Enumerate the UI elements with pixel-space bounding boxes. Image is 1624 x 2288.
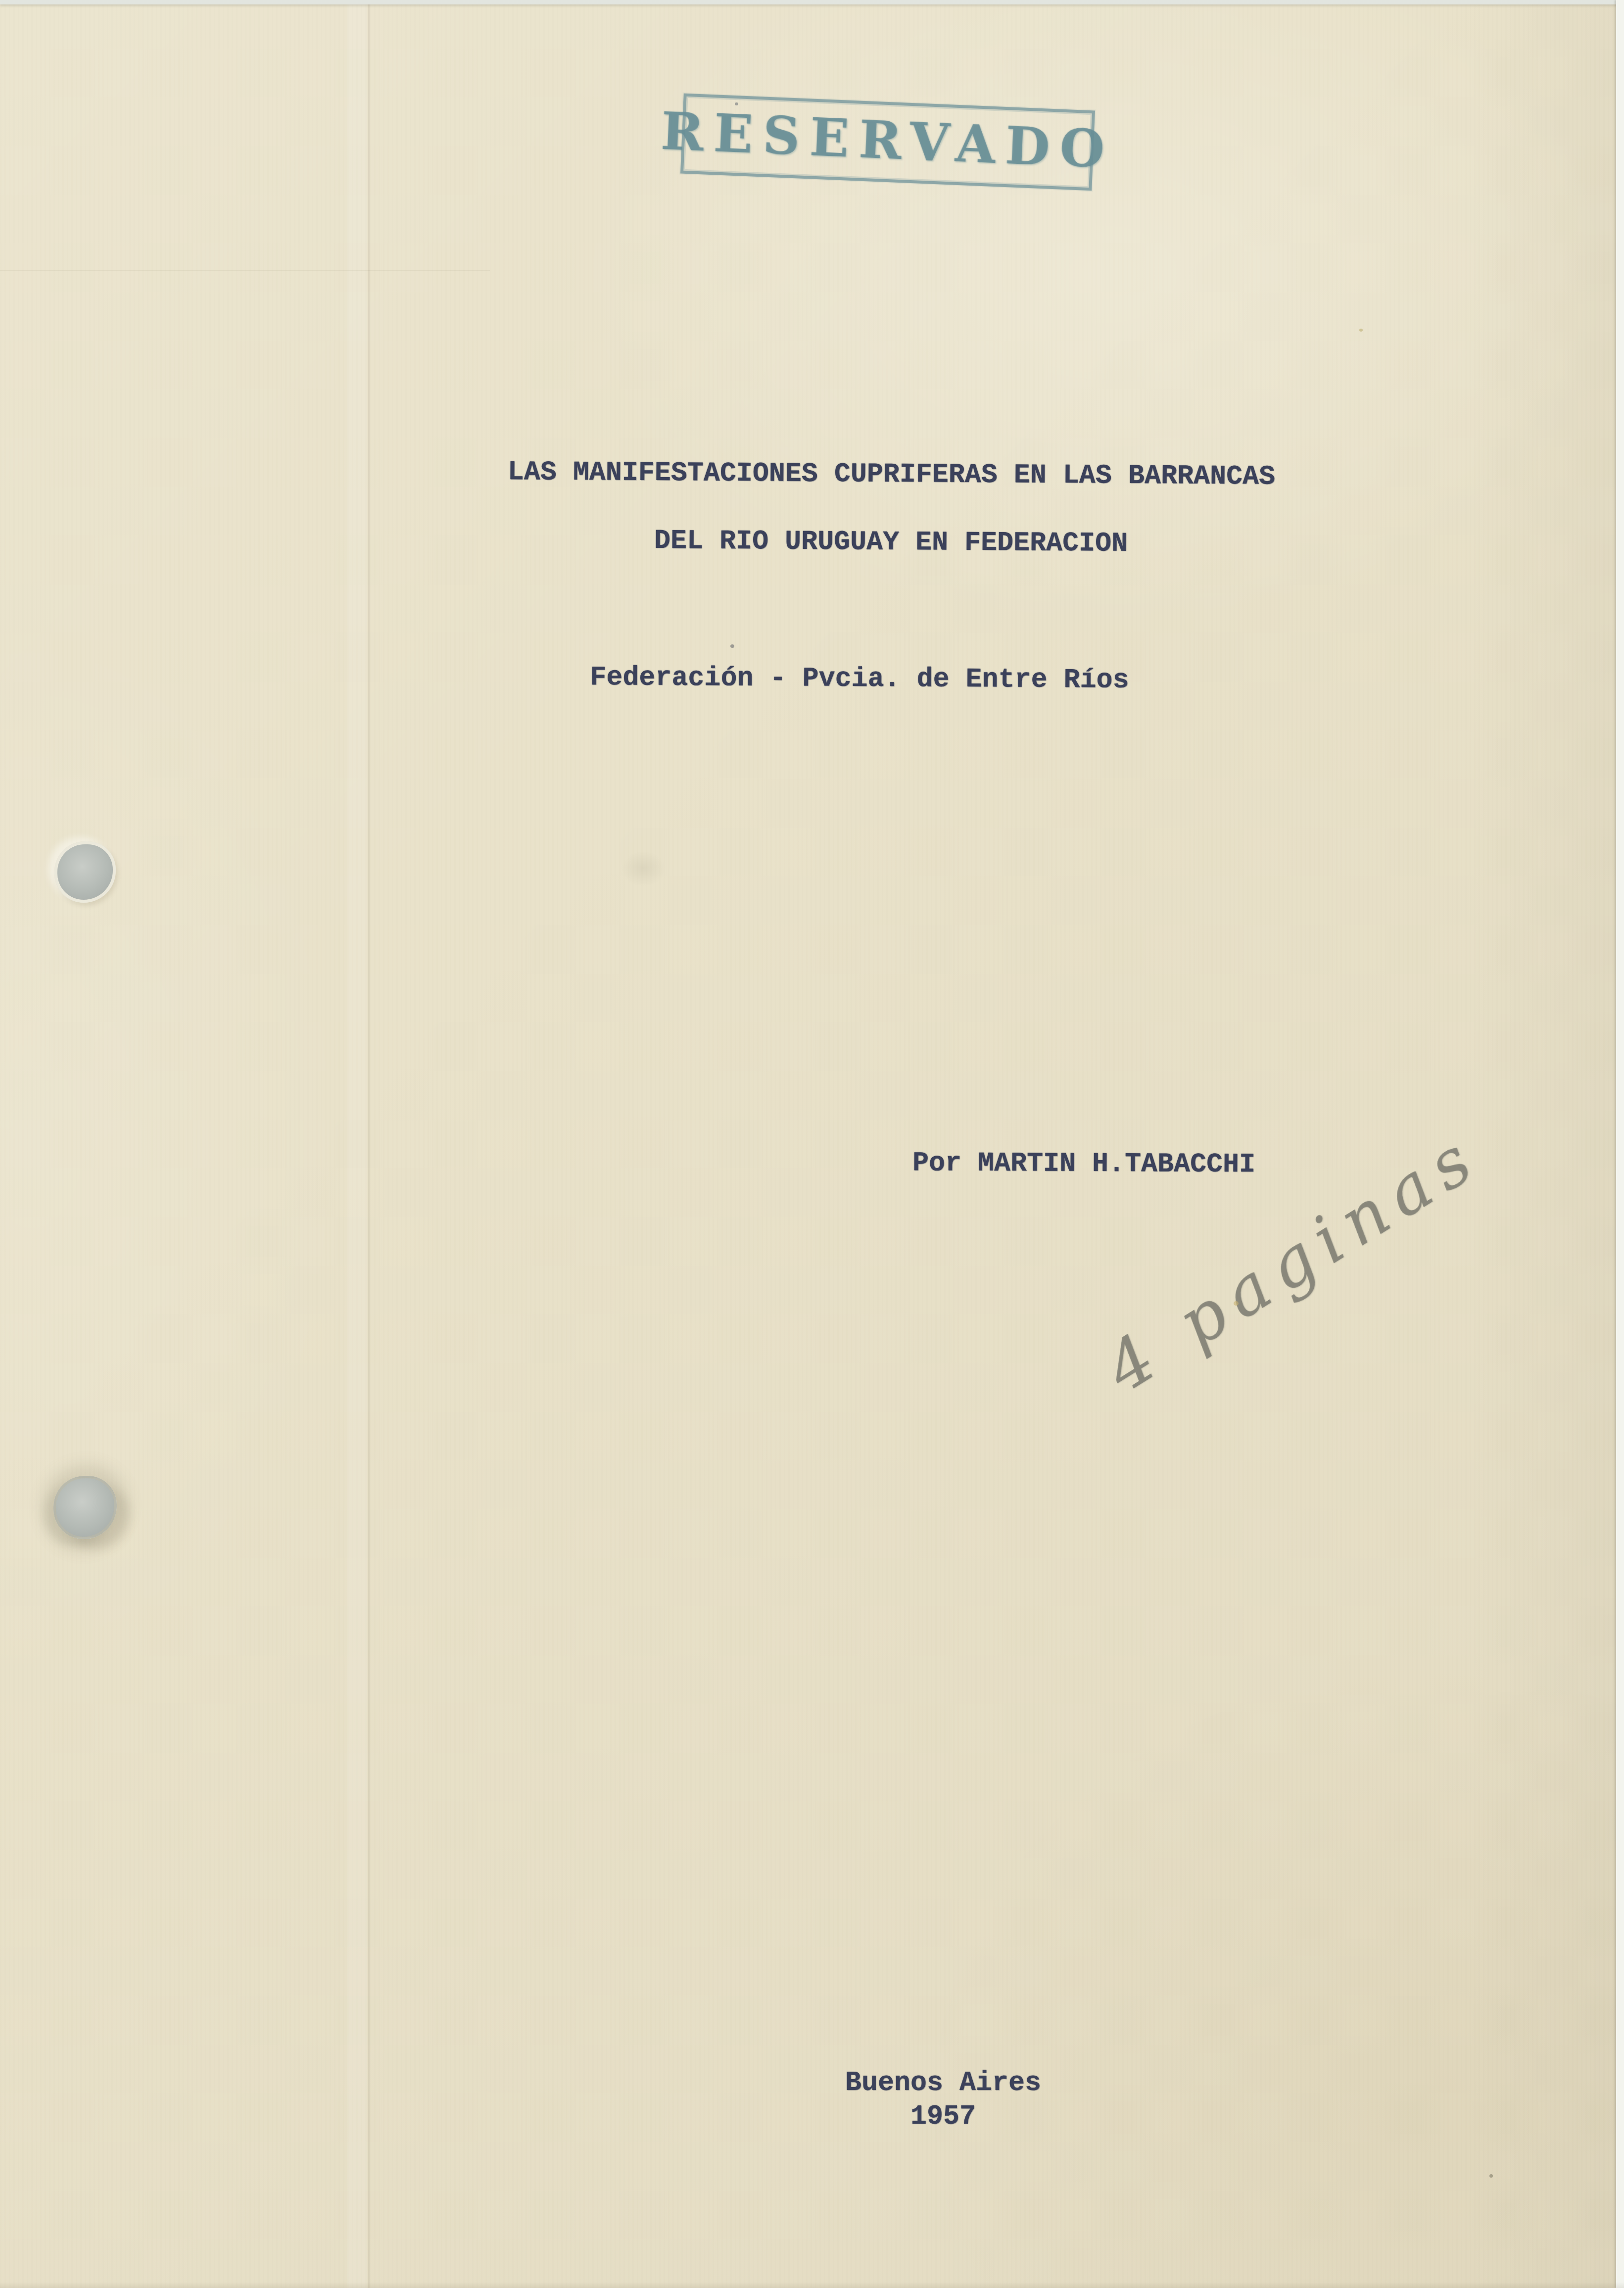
paper-crease-horizontal (0, 270, 490, 271)
paper-smudge (621, 851, 666, 886)
imprint: Buenos Aires 1957 (819, 2066, 1067, 2134)
reservado-stamp-label: RESERVADO (660, 100, 1116, 180)
report-title-line-2: DEL RIO URUGUAY EN FEDERACION (502, 506, 1280, 579)
paper-speck (1359, 329, 1363, 332)
scan-edge-bottom (0, 2282, 1624, 2288)
report-subtitle: Federación - Pvcia. de Entre Ríos (513, 643, 1206, 714)
paper-crease-highlight (347, 0, 367, 2288)
hole-punch-top (54, 841, 116, 903)
scanned-title-page: RESERVADO LAS MANIFESTACIONES CUPRIFERAS… (0, 0, 1624, 2288)
scan-edge-top (0, 0, 1624, 4)
report-title-line-1: LAS MANIFESTACIONES CUPRIFERAS EN LAS BA… (503, 438, 1280, 511)
report-title: LAS MANIFESTACIONES CUPRIFERAS EN LAS BA… (502, 438, 1280, 579)
paper-speck (1489, 2174, 1493, 2178)
reservado-stamp: RESERVADO (680, 94, 1095, 191)
paper-right-shading (1468, 0, 1616, 2288)
paper-speck (1234, 1301, 1239, 1306)
hole-punch-bottom (53, 1476, 117, 1539)
paper-speck (730, 644, 734, 648)
scan-edge-right (1616, 0, 1624, 2288)
imprint-year: 1957 (819, 2100, 1067, 2134)
paper-crease-vertical (368, 0, 370, 2288)
author-byline: Por MARTIN H.TABACCHI (912, 1143, 1255, 1184)
paper-speck (735, 102, 738, 105)
imprint-city: Buenos Aires (819, 2066, 1067, 2100)
